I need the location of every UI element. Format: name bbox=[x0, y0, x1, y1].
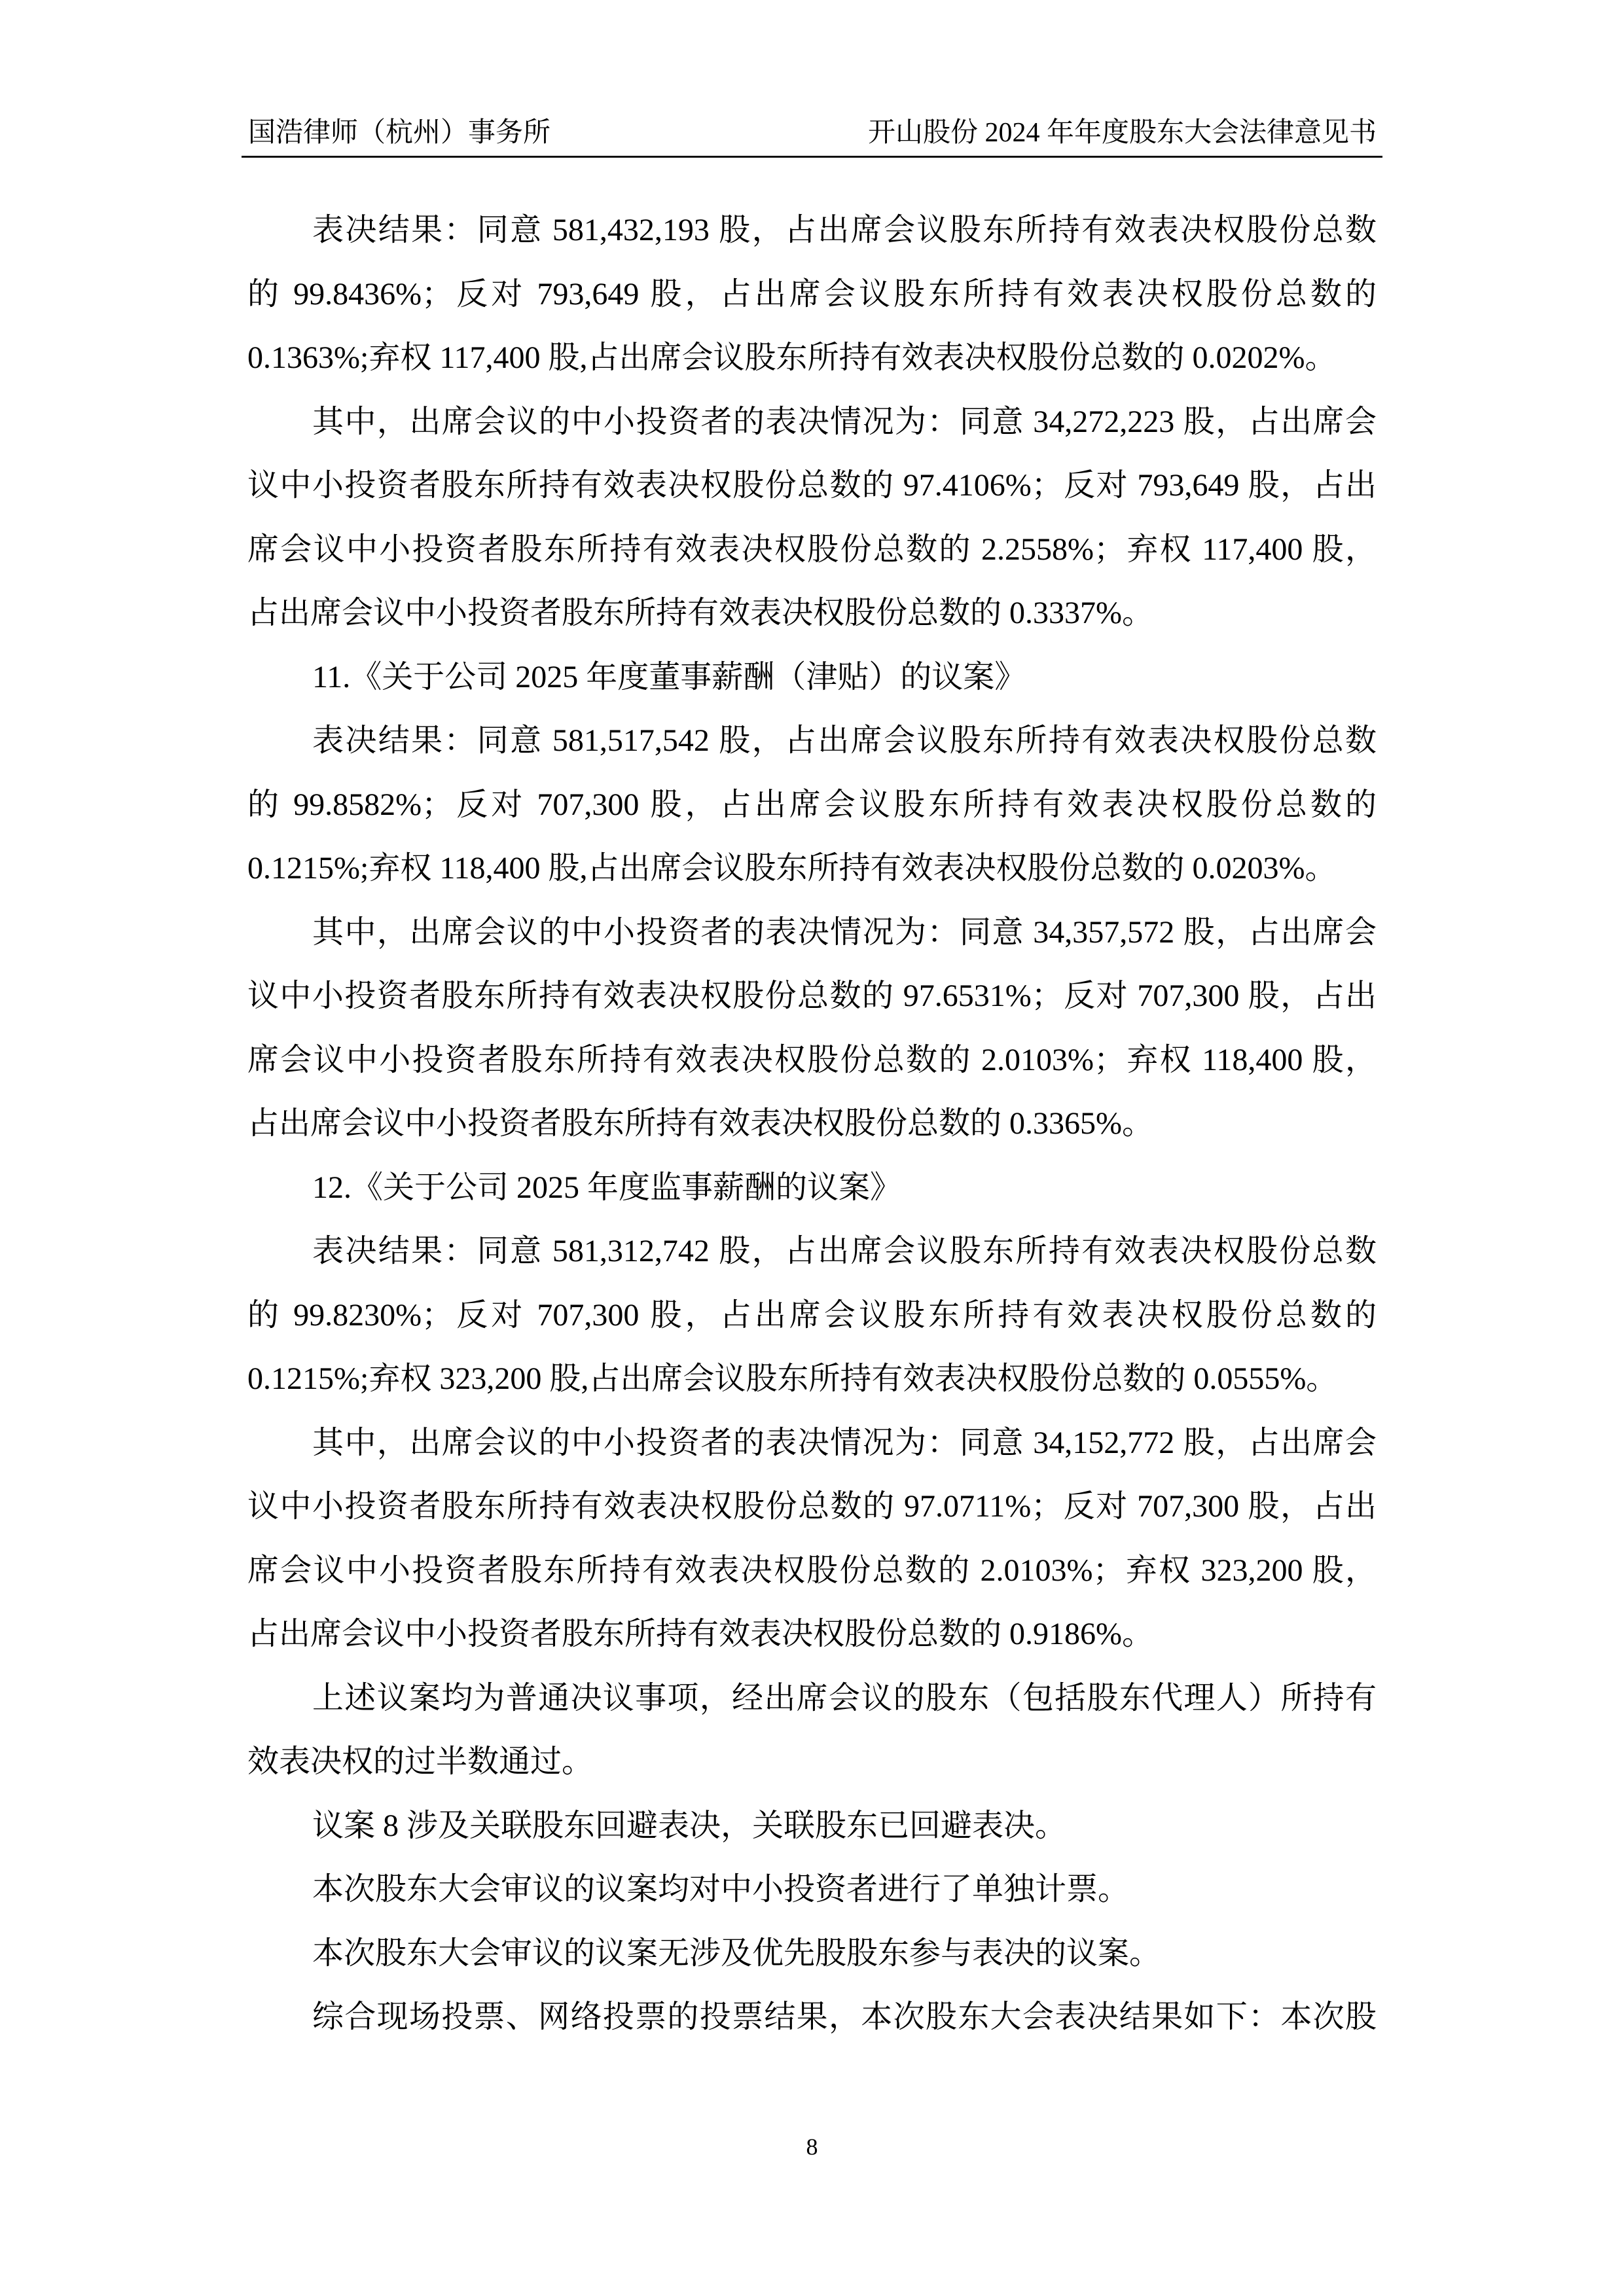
body-text-line: 议中小投资者股东所持有效表决权股份总数的 97.0711%；反对 707,300… bbox=[247, 1475, 1377, 1539]
body-text-line: 0.1215%;弃权 323,200 股,占出席会议股东所持有效表决权股份总数的… bbox=[247, 1347, 1377, 1411]
body-text-line: 表决结果：同意 581,517,542 股，占出席会议股东所持有效表决权股份总数 bbox=[247, 709, 1377, 773]
body-text-line: 11.《关于公司 2025 年度董事薪酬（津贴）的议案》 bbox=[247, 645, 1377, 709]
document-body: 表决结果：同意 581,432,193 股，占出席会议股东所持有效表决权股份总数… bbox=[247, 198, 1377, 2049]
body-text-line: 的 99.8230%；反对 707,300 股，占出席会议股东所持有效表决权股份… bbox=[247, 1283, 1377, 1348]
body-text-line: 本次股东大会审议的议案均对中小投资者进行了单独计票。 bbox=[247, 1857, 1377, 1922]
header-firm-name: 国浩律师（杭州）事务所 bbox=[248, 113, 550, 153]
body-text-line: 其中，出席会议的中小投资者的表决情况为：同意 34,357,572 股，占出席会 bbox=[247, 901, 1377, 965]
body-text-line: 其中，出席会议的中小投资者的表决情况为：同意 34,152,772 股，占出席会 bbox=[247, 1411, 1377, 1475]
body-text-line: 0.1363%;弃权 117,400 股,占出席会议股东所持有效表决权股份总数的… bbox=[247, 326, 1377, 390]
body-text-line: 综合现场投票、网络投票的投票结果，本次股东大会表决结果如下：本次股 bbox=[247, 1985, 1377, 2049]
body-text-line: 议中小投资者股东所持有效表决权股份总数的 97.6531%；反对 707,300… bbox=[247, 964, 1377, 1028]
body-text-line: 表决结果：同意 581,312,742 股，占出席会议股东所持有效表决权股份总数 bbox=[247, 1219, 1377, 1283]
page-header: 国浩律师（杭州）事务所 开山股份 2024 年年度股东大会法律意见书 bbox=[242, 113, 1382, 153]
body-text-line: 12.《关于公司 2025 年度监事薪酬的议案》 bbox=[247, 1156, 1377, 1220]
page-number: 8 bbox=[0, 2132, 1624, 2161]
body-text-line: 上述议案均为普通决议事项，经出席会议的股东（包括股东代理人）所持有 bbox=[247, 1666, 1377, 1731]
body-text-line: 席会议中小投资者股东所持有效表决权股份总数的 2.0103%；弃权 118,40… bbox=[247, 1028, 1377, 1092]
body-text-line: 议案 8 涉及关联股东回避表决，关联股东已回避表决。 bbox=[247, 1794, 1377, 1858]
body-text-line: 表决结果：同意 581,432,193 股，占出席会议股东所持有效表决权股份总数 bbox=[247, 198, 1377, 262]
body-text-line: 的 99.8582%；反对 707,300 股，占出席会议股东所持有效表决权股份… bbox=[247, 773, 1377, 837]
body-text-line: 占出席会议中小投资者股东所持有效表决权股份总数的 0.3337%。 bbox=[247, 581, 1377, 645]
header-divider bbox=[242, 156, 1382, 158]
header-document-title: 开山股份 2024 年年度股东大会法律意见书 bbox=[868, 113, 1377, 153]
body-text-line: 席会议中小投资者股东所持有效表决权股份总数的 2.2558%；弃权 117,40… bbox=[247, 518, 1377, 582]
body-text-line: 的 99.8436%；反对 793,649 股，占出席会议股东所持有效表决权股份… bbox=[247, 262, 1377, 327]
body-text-line: 席会议中小投资者股东所持有效表决权股份总数的 2.0103%；弃权 323,20… bbox=[247, 1539, 1377, 1603]
body-text-line: 效表决权的过半数通过。 bbox=[247, 1730, 1377, 1794]
body-text-line: 议中小投资者股东所持有效表决权股份总数的 97.4106%；反对 793,649… bbox=[247, 454, 1377, 518]
body-text-line: 本次股东大会审议的议案无涉及优先股股东参与表决的议案。 bbox=[247, 1922, 1377, 1986]
body-text-line: 其中，出席会议的中小投资者的表决情况为：同意 34,272,223 股，占出席会 bbox=[247, 390, 1377, 454]
body-text-line: 占出席会议中小投资者股东所持有效表决权股份总数的 0.9186%。 bbox=[247, 1602, 1377, 1666]
body-text-line: 占出席会议中小投资者股东所持有效表决权股份总数的 0.3365%。 bbox=[247, 1092, 1377, 1156]
body-text-line: 0.1215%;弃权 118,400 股,占出席会议股东所持有效表决权股份总数的… bbox=[247, 836, 1377, 901]
